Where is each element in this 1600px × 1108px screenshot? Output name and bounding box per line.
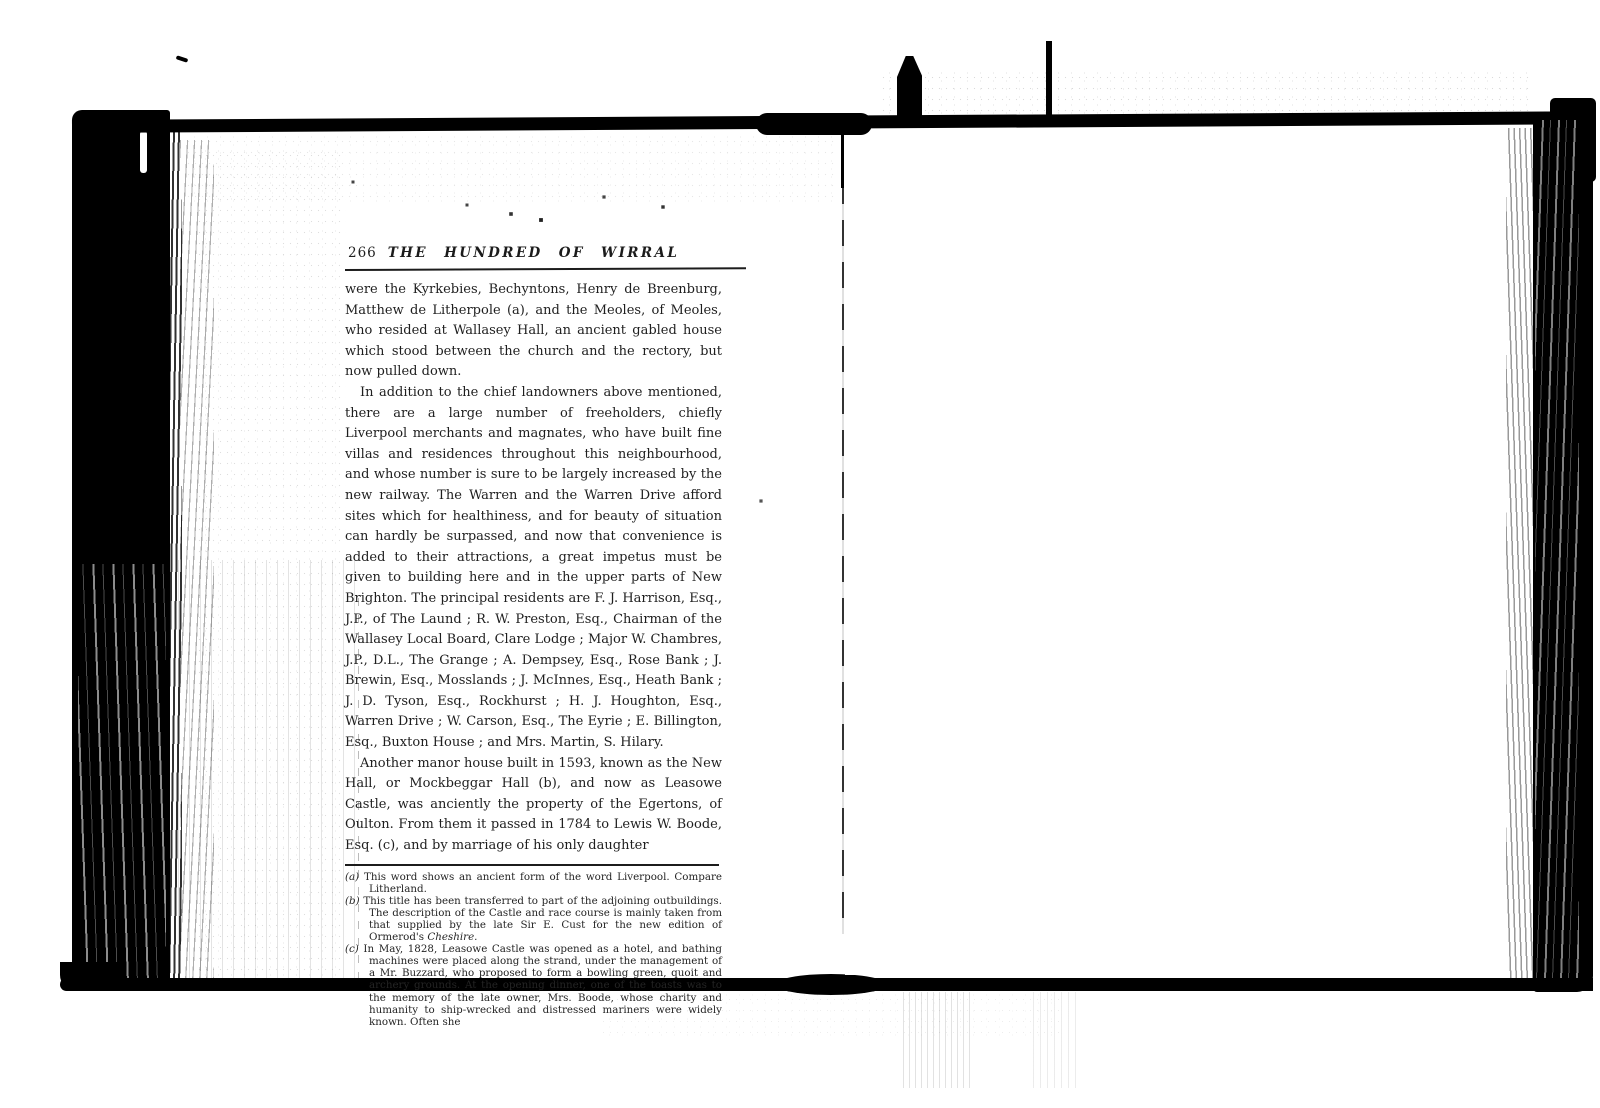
footnote-item: (c) In May, 1828, Leasowe Castle was ope… (345, 943, 722, 1028)
book-edge-right-band (1533, 112, 1593, 992)
scan-speck-dash (176, 55, 189, 63)
header-rule (345, 267, 746, 271)
footnote-text: In May, 1828, Leasowe Castle was opened … (363, 943, 722, 1028)
footnote-italic: Cheshire. (427, 931, 477, 943)
scan-smudge-right (1033, 992, 1081, 1088)
page-spine-line (842, 136, 844, 934)
right-page-blank (845, 135, 1505, 975)
book-scan-canvas: 266 THE HUNDRED OF WIRRAL were the Kyrke… (0, 0, 1600, 1108)
scan-smudge-left (903, 992, 973, 1088)
body-paragraph: In addition to the chief landowners abov… (345, 383, 722, 754)
footnote-marker: (a) (345, 871, 359, 883)
running-title: THE HUNDRED OF WIRRAL (345, 243, 722, 261)
footnotes: (a) This word shows an ancient form of t… (345, 871, 722, 1028)
footnote-item: (a) This word shows an ancient form of t… (345, 871, 722, 895)
scan-noise-top-right (880, 72, 1530, 122)
body-paragraph: were the Kyrkebies, Bechyntons, Henry de… (345, 280, 722, 383)
spine-bottom-bulge (775, 974, 887, 995)
scan-noise-below-top-bar (185, 136, 835, 202)
book-edge-left-band (72, 110, 170, 988)
left-page: 266 THE HUNDRED OF WIRRAL were the Kyrke… (345, 243, 722, 1028)
page-header: 266 THE HUNDRED OF WIRRAL (345, 243, 722, 266)
footnote-text: This word shows an ancient form of the w… (364, 871, 722, 895)
body-text: were the Kyrkebies, Bechyntons, Henry de… (345, 280, 722, 857)
page-edge-streaks-right (1535, 120, 1579, 984)
footnote-marker: (b) (345, 895, 360, 907)
scan-specks (0, 0, 2, 2)
page-number: 266 (348, 245, 377, 261)
page-edge-streaks-left (78, 564, 166, 984)
footnote-item: (b) This title has been transferred to p… (345, 895, 722, 943)
body-paragraph: Another manor house built in 1593, known… (345, 754, 722, 857)
footnote-text: This title has been transferred to part … (363, 895, 722, 943)
ragged-edge-right (1506, 128, 1534, 978)
scan-white-slit (140, 131, 147, 173)
spine-top-bulge (756, 113, 872, 135)
footnote-separator (345, 864, 719, 866)
book-corner-bottom-left (60, 962, 124, 991)
page-flip-shadow-left (178, 560, 358, 980)
footnote-marker: (c) (345, 943, 359, 955)
